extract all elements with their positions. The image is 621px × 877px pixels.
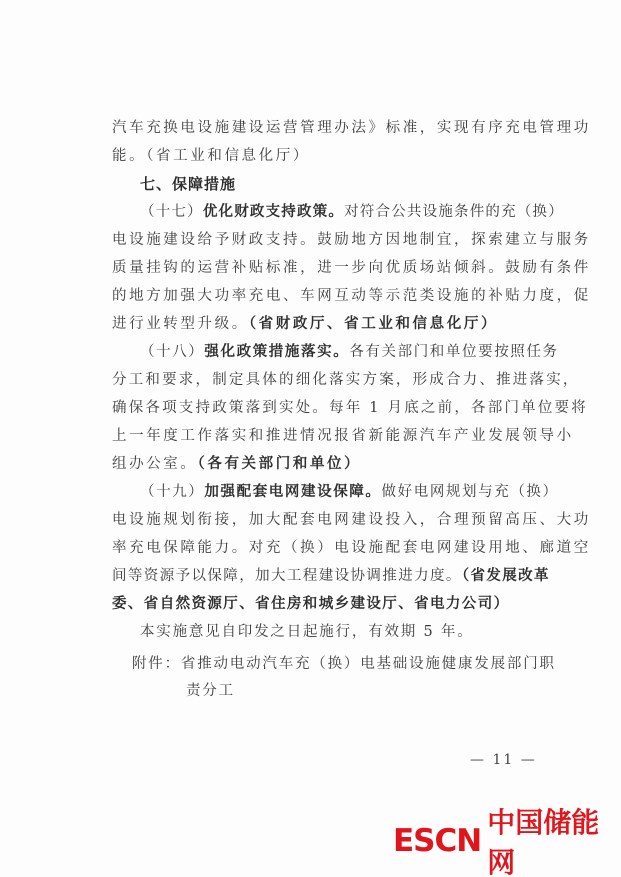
item-text: 做好电网规划与充（换） [382, 484, 559, 500]
item-text: 各有关部门和单位要按照任务 [349, 344, 558, 360]
body-line: 电设施规划衔接，加大配套电网建设投入，合理预留高压、大功 [112, 510, 522, 530]
escn-watermark-logo: ESCN 中国储能网 [393, 821, 621, 861]
responsible-departments: （省财政厅、省工业和信息化厅） [249, 315, 498, 332]
item-text: 组办公室。 [112, 456, 198, 472]
item-number: （十七） [140, 204, 203, 220]
item-title: 优化财政支持政策。 [203, 203, 344, 220]
item-19-first-line: （十九）加强配套电网建设保障。做好电网规划与充（换） [140, 482, 522, 502]
body-line: 分工和要求，制定具体的细化落实方案，形成合力、推进落实， [112, 370, 522, 390]
effective-statement: 本实施意见自印发之日起施行，有效期 5 年。 [140, 622, 522, 642]
item-text: 进行业转型升级。 [112, 316, 249, 332]
body-line: 电设施建设给予财政支持。鼓励地方因地制宜，探索建立与服务 [112, 230, 522, 250]
item-title: 加强配套电网建设保障。 [204, 483, 381, 500]
responsible-departments-cont: 委、省自然资源厅、省住房和城乡建设厅、省电力公司） [112, 594, 522, 614]
item-text: 间等资源予以保障，加大工程建设协调推进力度。 [112, 568, 462, 584]
body-line: 上一年度工作落实和推进情况报省新能源汽车产业发展领导小 [112, 426, 522, 446]
item-17-first-line: （十七）优化财政支持政策。对符合公共设施条件的充（换） [140, 202, 522, 222]
responsible-departments: （各有关部门和单位） [198, 455, 362, 472]
item-19-last-line: 间等资源予以保障，加大工程建设协调推进力度。（省发展改革 [112, 566, 522, 586]
responsible-departments: （省发展改革 [462, 567, 550, 584]
item-number: （十九） [140, 484, 204, 500]
attachment-title-cont: 责分工 [186, 681, 386, 701]
body-line: 质量挂钩的运营补贴标准，进一步向优质场站倾斜。鼓励有条件 [112, 258, 522, 278]
section-heading: 七、保障措施 [140, 174, 522, 194]
document-page: 汽车充换电设施建设运营管理办法》标准，实现有序充电管理功 能。（省工业和信息化厅… [0, 0, 621, 877]
page-number: — 11 — [470, 752, 537, 768]
item-text: 对符合公共设施条件的充（换） [344, 204, 564, 220]
attachment-line: 附件：省推动电动汽车充（换）电基础设施健康发展部门职 [132, 654, 522, 674]
body-line: 率充电保障能力。对充（换）电设施配套电网建设用地、廊道空 [112, 538, 522, 558]
logo-text-cn: 中国储能网 [487, 801, 621, 877]
body-line: 汽车充换电设施建设运营管理办法》标准，实现有序充电管理功 [112, 118, 522, 138]
item-number: （十八） [140, 344, 204, 360]
attachment-title: 省推动电动汽车充（换）电基础设施健康发展部门职 [181, 656, 556, 672]
item-17-last-line: 进行业转型升级。（省财政厅、省工业和信息化厅） [112, 314, 522, 334]
body-line: 能。（省工业和信息化厅） [112, 146, 522, 166]
item-18-last-line: 组办公室。（各有关部门和单位） [112, 454, 522, 474]
logo-text-en: ESCN [393, 823, 481, 859]
body-line: 的地方加强大功率充电、车网互动等示范类设施的补贴力度，促 [112, 286, 522, 306]
item-title: 强化政策措施落实。 [204, 343, 349, 360]
item-18-first-line: （十八）强化政策措施落实。各有关部门和单位要按照任务 [140, 342, 522, 362]
body-line: 确保各项支持政策落到实处。每年 1 月底之前，各部门单位要将 [112, 398, 522, 418]
attachment-label: 附件： [132, 656, 181, 672]
